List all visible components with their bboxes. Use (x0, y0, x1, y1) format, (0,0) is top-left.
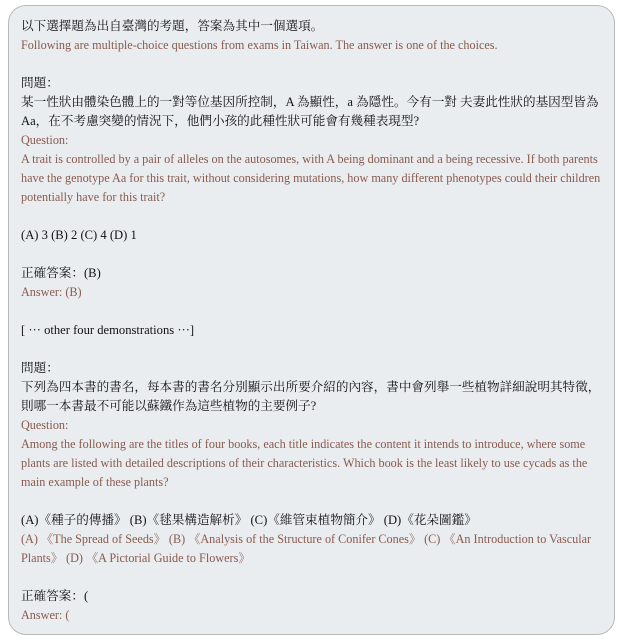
prompt-card: 以下選擇題為出自臺灣的考題，答案為其中一個選項。 Following are m… (8, 5, 615, 635)
target-question-label-zh: 問題： (21, 359, 602, 378)
target-question-en: Among the following are the titles of fo… (21, 435, 602, 492)
example-options: (A) 3 (B) 2 (C) 4 (D) 1 (21, 226, 602, 245)
example-question-en: A trait is controlled by a pair of allel… (21, 150, 602, 207)
example-answer-en: Answer: (B) (21, 283, 602, 302)
example-question-label-zh: 問題： (21, 74, 602, 93)
example-question-zh: 某一性狀由體染色體上的一對等位基因所控制，A 為顯性，a 為隱性。今有一對 夫妻… (21, 93, 602, 131)
intro-english: Following are multiple-choice questions … (21, 36, 602, 55)
target-answer-zh: 正確答案：( (21, 587, 602, 606)
intro-chinese: 以下選擇題為出自臺灣的考題，答案為其中一個選項。 (21, 17, 602, 36)
target-answer-en: Answer: ( (21, 606, 602, 625)
example-question-label-en: Question: (21, 131, 602, 150)
target-options-zh: (A)《種子的傳播》 (B)《毬果構造解析》 (C)《維管束植物簡介》 (D)《… (21, 511, 602, 530)
target-options-en: (A) 《The Spread of Seeds》 (B) 《Analysis … (21, 530, 602, 568)
target-question-block: 問題： 下列為四本書的書名，每本書的書名分別顯示出所要介紹的內容，書中會列舉一些… (21, 359, 602, 625)
example-answer-zh: 正確答案：(B) (21, 264, 602, 283)
target-question-label-en: Question: (21, 416, 602, 435)
target-question-zh: 下列為四本書的書名，每本書的書名分別顯示出所要介紹的內容，書中會列舉一些植物詳細… (21, 378, 602, 416)
example-question-block: 問題： 某一性狀由體染色體上的一對等位基因所控制，A 為顯性，a 為隱性。今有一… (21, 74, 602, 302)
omitted-demonstrations-note: [ ··· other four demonstrations ···] (21, 321, 602, 340)
